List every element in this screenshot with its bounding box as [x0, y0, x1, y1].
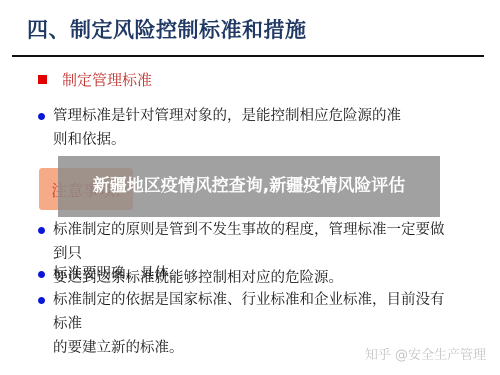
- list-item-text: 标准要明确、具体。: [38, 262, 458, 286]
- blue-dot-bullet-icon: [38, 297, 45, 304]
- zhihu-watermark: 知乎 @安全生产管理: [365, 344, 486, 363]
- red-square-bullet-icon: [38, 75, 47, 84]
- list-item: 标准要明确、具体。: [38, 262, 458, 286]
- blue-dot-bullet-icon: [38, 227, 45, 234]
- blue-dot-bullet-icon: [38, 113, 45, 120]
- list-item: 管理标准是针对管理对象的，是能控制相应危险源的准 则和依据。: [38, 104, 458, 152]
- list-item-text: 管理标准是针对管理对象的，是能控制相应危险源的准 则和依据。: [38, 104, 458, 152]
- slide-title: 四、制定风险控制标准和措施: [27, 14, 307, 44]
- blue-dot-bullet-icon: [38, 271, 45, 278]
- caption-overlay: 新疆地区疫情风控查询,新疆疫情风险评估: [58, 156, 440, 217]
- section-heading: 制定管理标准: [38, 69, 152, 90]
- section-label: 制定管理标准: [62, 69, 152, 90]
- title-divider: [12, 55, 484, 57]
- caption-text: 新疆地区疫情风控查询,新疆疫情风险评估: [79, 174, 419, 199]
